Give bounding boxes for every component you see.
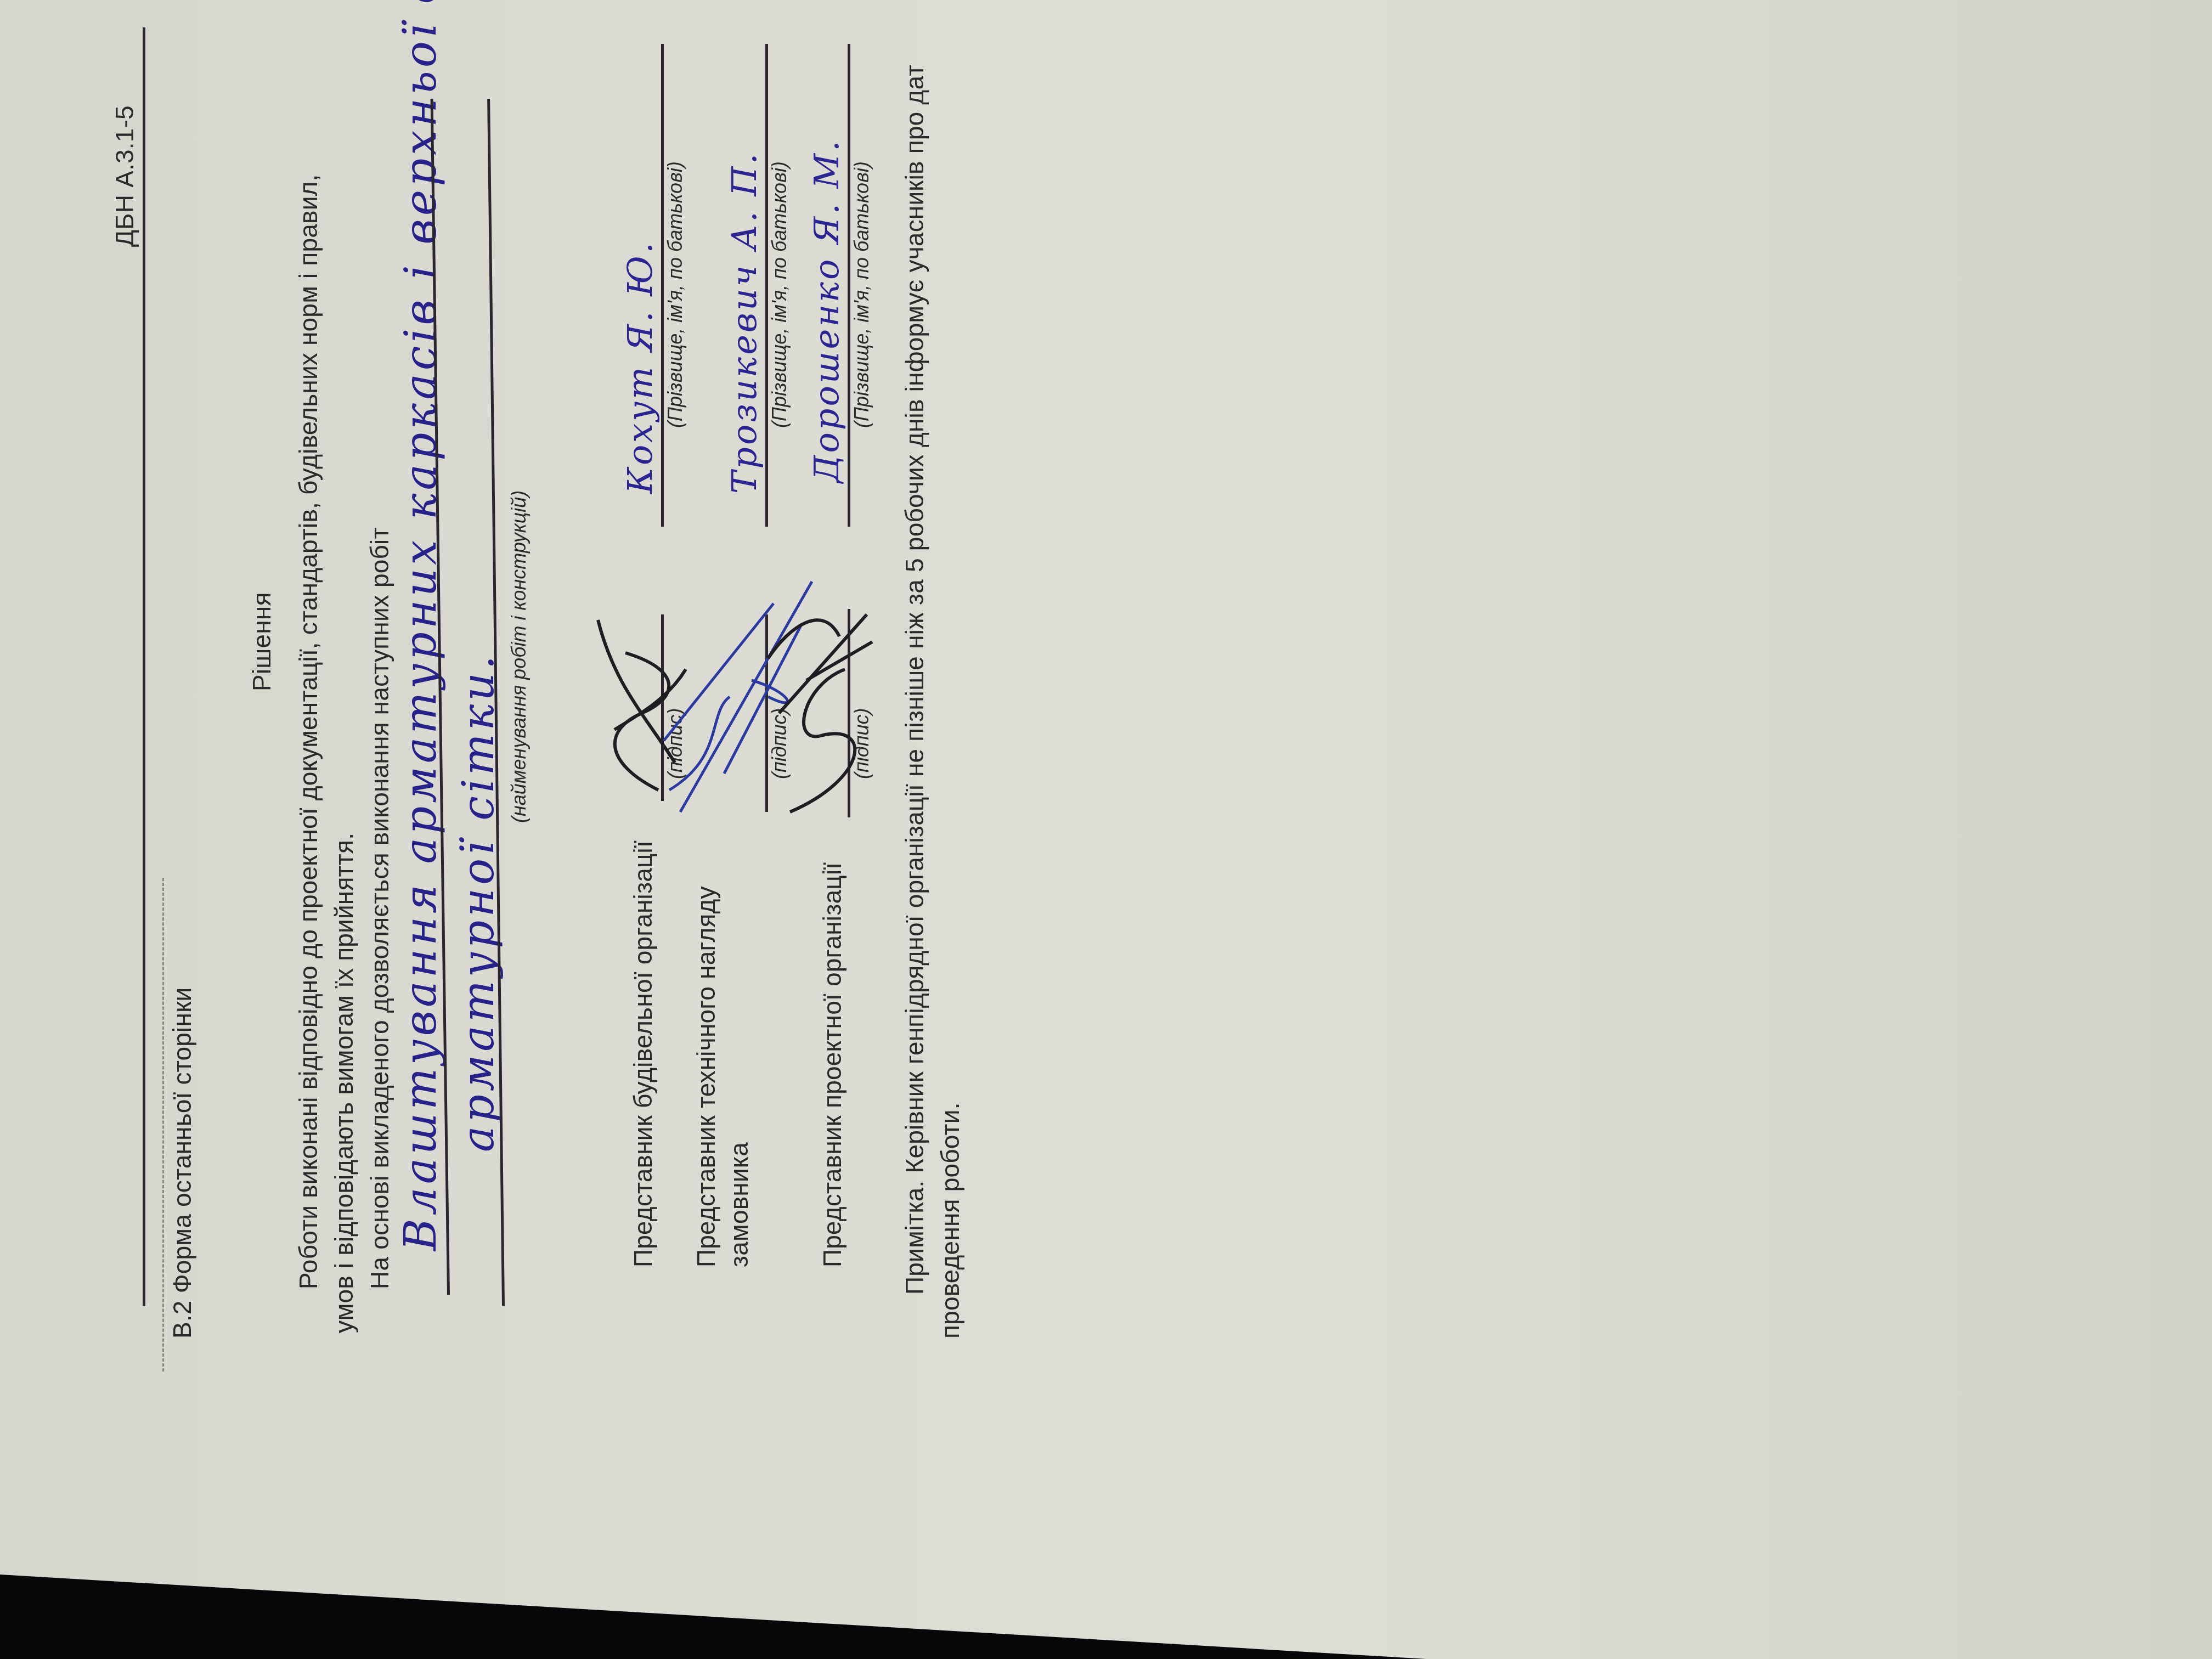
- name-caption-3: (Прізвище, ім'я, по батькові): [850, 161, 873, 428]
- signatory-role-design: Представник проектної організації: [817, 862, 847, 1267]
- signatory-role-supervision: Представник технічного нагляду: [691, 886, 721, 1267]
- signatory-name-1: Кохут Я. Ю.: [620, 240, 660, 494]
- signature-3: [757, 592, 878, 823]
- header-rule: [143, 27, 145, 1306]
- paragraph-line-2: умов і відповідають вимогам їх прийняття…: [329, 833, 359, 1333]
- signatory-name-2: Трозикевич А. П.: [724, 151, 764, 494]
- signatory-name-3: Дорошенко Я. М.: [806, 138, 847, 483]
- fold-line: [162, 878, 164, 1372]
- name-caption-1: (Прізвище, ім'я, по батькові): [664, 161, 687, 428]
- desk-background: [0, 1538, 1426, 1659]
- note-line-2: проведення роботи.: [935, 1102, 965, 1339]
- standard-reference: ДБН А.3.1-5: [110, 105, 139, 247]
- decision-heading: Рішення: [247, 592, 276, 691]
- section-title: В.2 Форма останньої сторінки: [167, 988, 197, 1339]
- note-line-1: Примітка. Керівник генпідрядної організа…: [900, 65, 929, 1295]
- name-caption-2: (Прізвище, ім'я, по батькові): [768, 161, 791, 428]
- document-page: ДБН А.3.1-5 В.2 Форма останньої сторінки…: [110, 0, 1152, 1372]
- permission-line: На основі викладеного дозволяється викон…: [365, 527, 394, 1289]
- signatory-role-supervision-line2: замовника: [724, 1142, 754, 1267]
- signatory-role-construction: Представник будівельної організації: [628, 840, 658, 1267]
- paragraph-line-1: Роботи виконані відповідно до проектної …: [294, 174, 323, 1289]
- works-caption: (найменування робіт і конструкцій): [507, 490, 531, 823]
